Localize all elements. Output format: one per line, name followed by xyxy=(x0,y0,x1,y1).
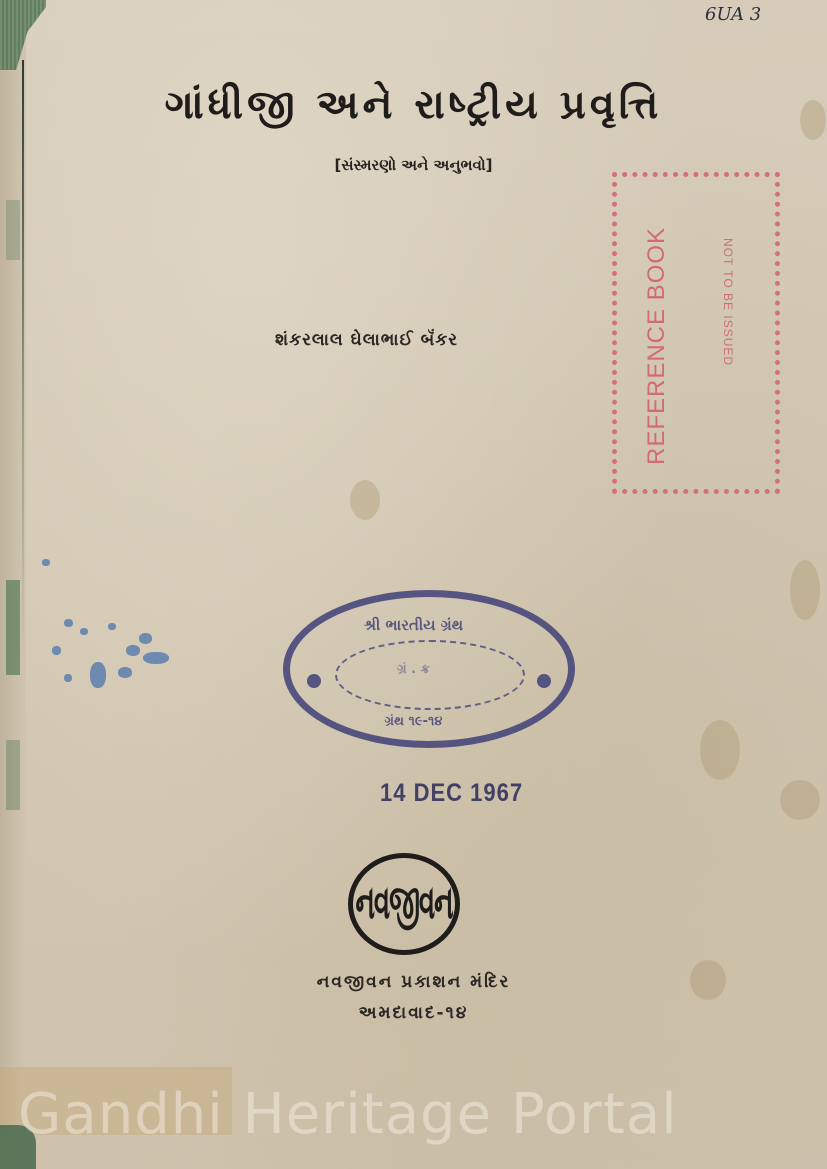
logo-text: નવજીવન xyxy=(356,876,453,932)
ink-spot xyxy=(126,645,140,656)
book-author: શંકરલાલ ઘેલાભાઈ બૅંકર xyxy=(275,330,458,350)
ink-spot xyxy=(139,633,152,644)
library-stamp-top-text: શ્રી ભારતીય ગ્રંથ xyxy=(0,616,827,634)
ink-spot xyxy=(52,646,61,655)
date-stamp: 14 DEC 1967 xyxy=(380,778,523,808)
library-stamp-middle-text: ગ્રં . ક્ર xyxy=(0,662,827,677)
binding-edge xyxy=(22,60,24,660)
navajivan-logo: નવજીવન xyxy=(348,853,460,955)
publisher-name: નવજીવન પ્રકાશન મંદિર xyxy=(0,972,827,992)
portal-watermark: Gandhi Heritage Portal xyxy=(18,1082,818,1147)
library-stamp-bottom-text: ગ્રંથ ૧૯-૧૪ xyxy=(0,714,827,729)
binding-cloth-strip xyxy=(6,740,20,810)
publisher-city: અમદાવાદ-૧૪ xyxy=(0,1003,827,1023)
paper-stain xyxy=(700,720,740,780)
book-title: ગાંધીજી અને રાષ્ટ્રીય પ્રવૃત્તિ xyxy=(0,82,827,128)
binding-cloth-strip xyxy=(6,200,20,260)
reference-stamp-border xyxy=(612,172,780,494)
paper-stain xyxy=(780,780,820,820)
not-issued-stamp-text: NOT TO BE ISSUED xyxy=(721,238,735,366)
handwritten-accession-note: 6UA 3 xyxy=(705,4,761,25)
book-cover-page: 6UA 3 ગાંધીજી અને રાષ્ટ્રીય પ્રવૃત્તિ [સ… xyxy=(0,0,827,1169)
paper-stain xyxy=(350,480,380,520)
paper-stain xyxy=(790,560,820,620)
ink-spot xyxy=(42,559,50,566)
reference-stamp-text: REFERENCE BOOK xyxy=(643,227,671,465)
